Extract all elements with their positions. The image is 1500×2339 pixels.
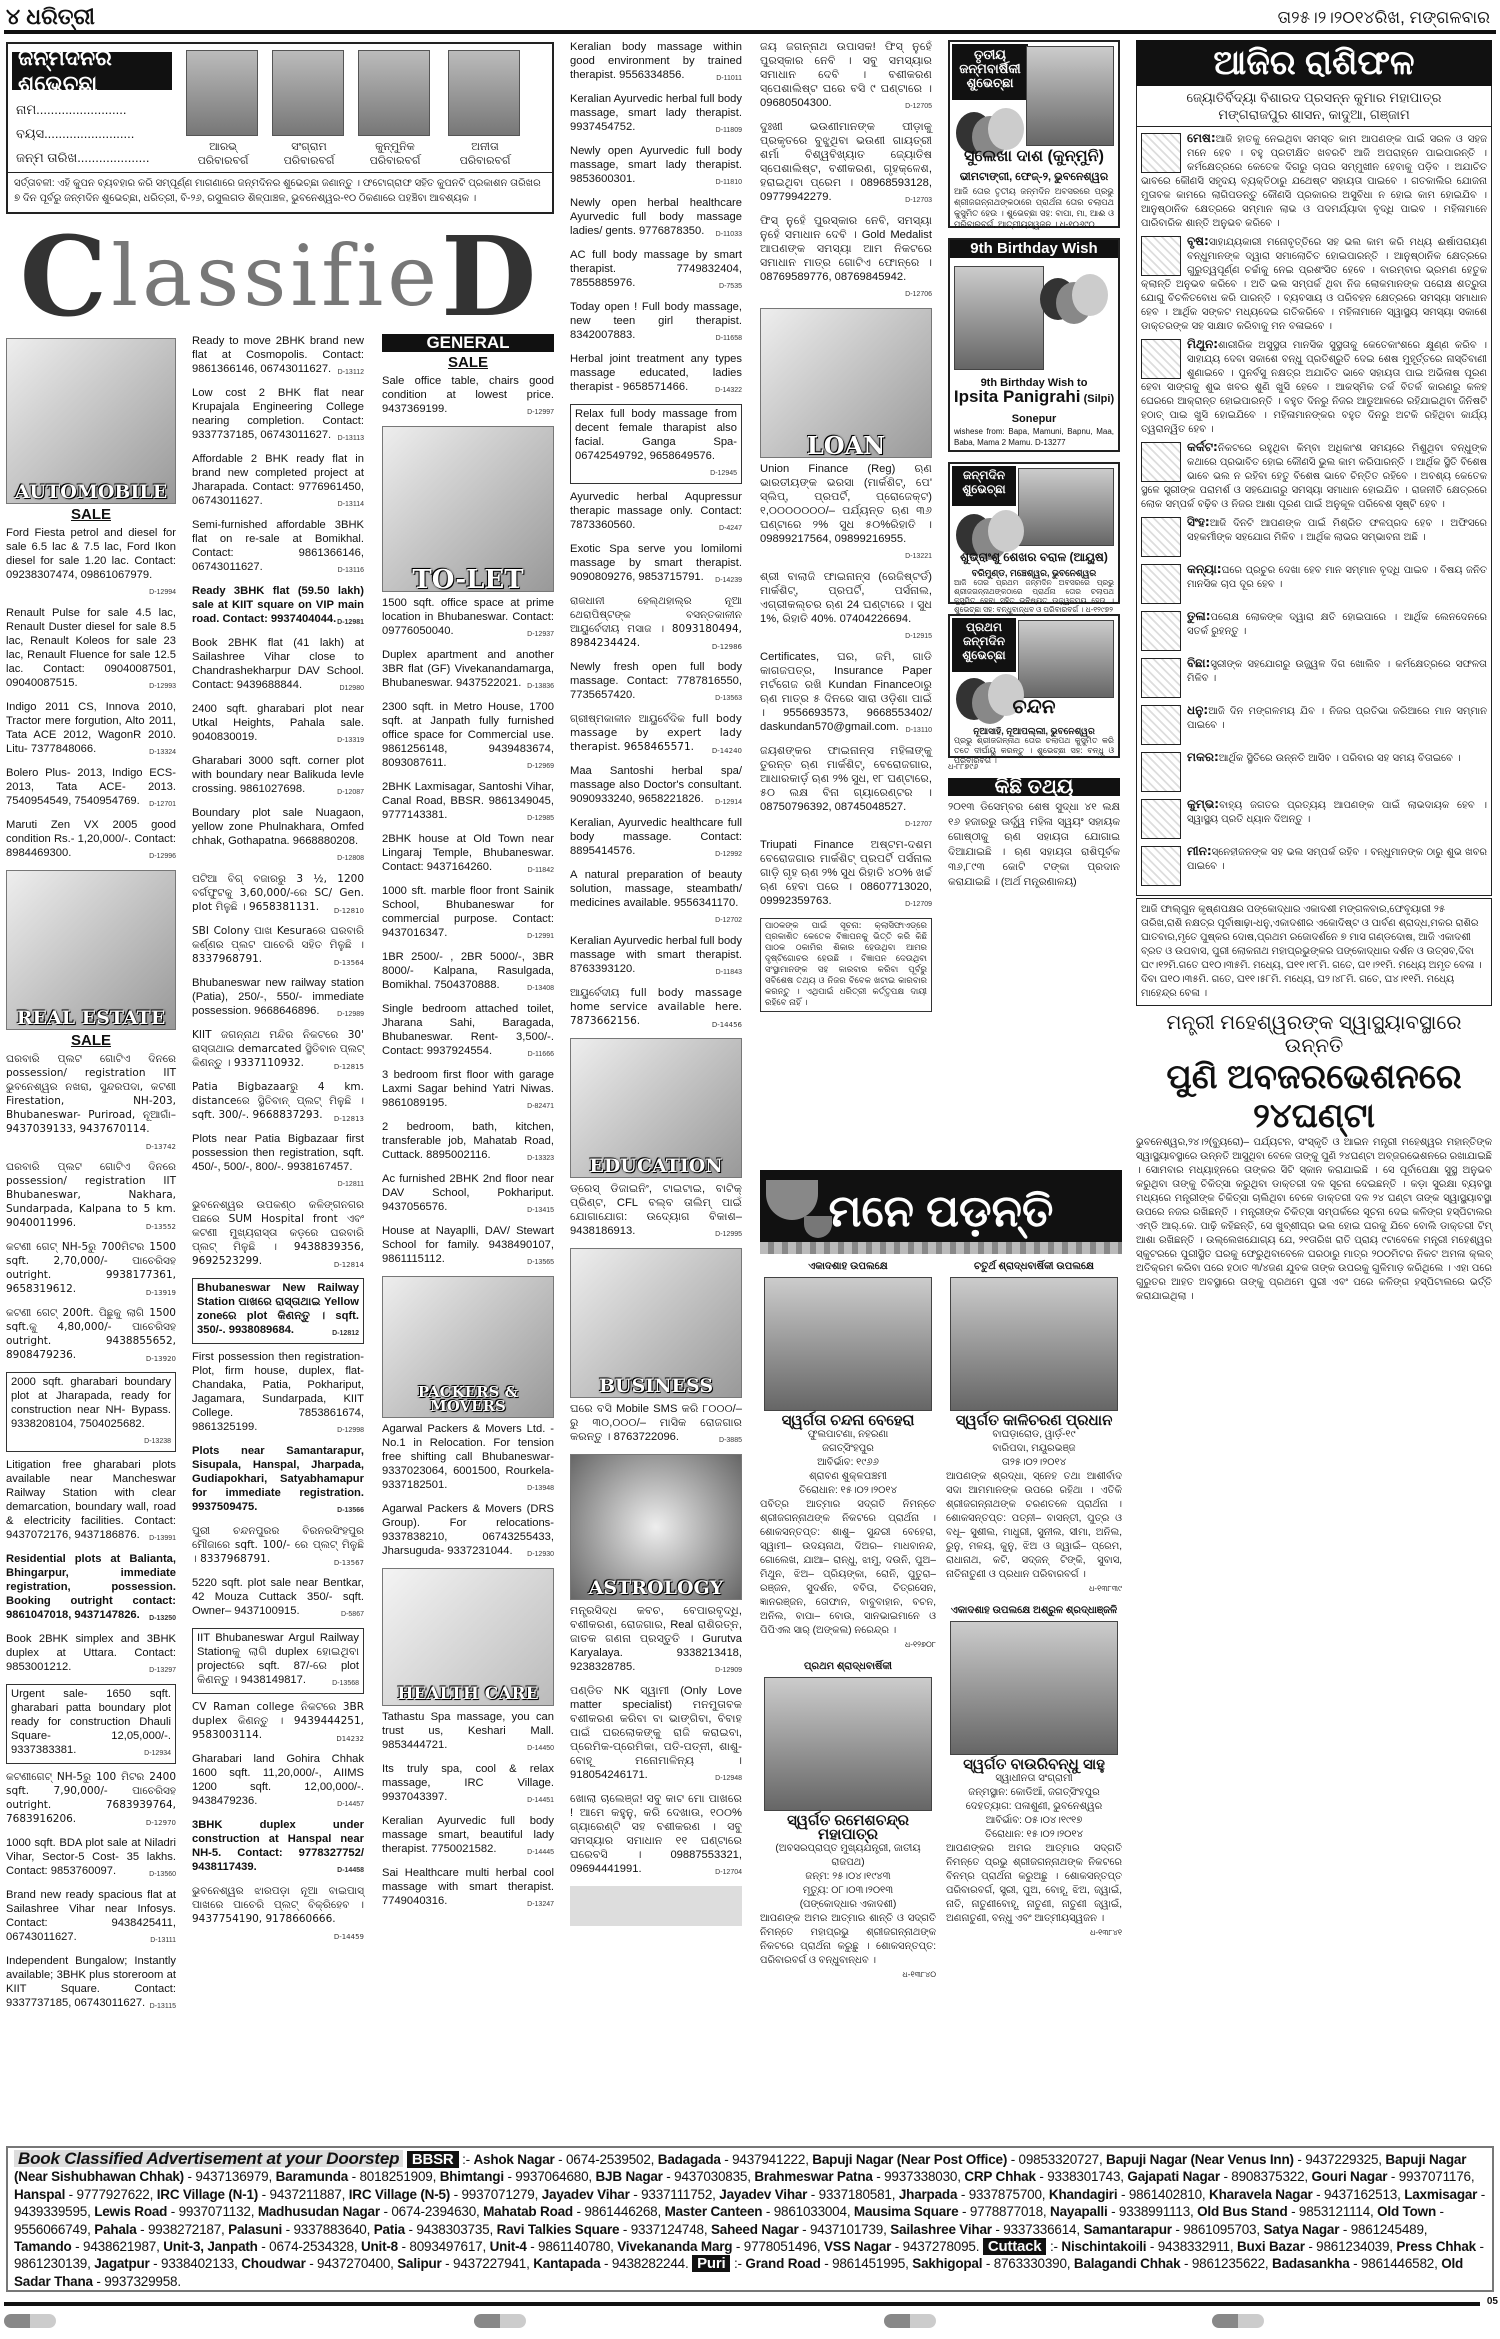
business-category-image: BUSINESS	[570, 1248, 742, 1398]
page-number: 05	[1487, 2296, 1498, 2307]
education-category-image: EDUCATION	[570, 1038, 742, 1178]
city-tag: BBSR	[407, 2151, 459, 2168]
booking-centre: Choudwar - 9437270400,	[241, 2256, 397, 2271]
classified-ad: 1000 sft. marble floor front Sainik Scho…	[382, 884, 554, 944]
classified-ad: Maruti Zen VX 2005 good condition Rs.- 1…	[6, 818, 176, 864]
classified-ad: 2300 sqft. in Metro House, 1700 sqft. at…	[382, 700, 554, 774]
ad-code: D-12989	[337, 1008, 364, 1022]
obituary-code: ଧ-୧୩୮୪୦	[760, 1968, 936, 1982]
booking-centre: Brahmeswar Patna - 9937338030,	[754, 2169, 964, 2184]
horoscope-author: ଜ୍ୟୋତିର୍ବିଦ୍ୟା ବିଶାରଦ ପ୍ରସନ୍ନ କୁମାର ମହାପ…	[1136, 86, 1492, 127]
realestate-category-image: REAL ESTATE	[6, 870, 176, 1030]
ad-code: D-12707	[905, 818, 932, 832]
classified-ad: Gharabari 3000 sqft. corner plot with bo…	[192, 754, 364, 800]
child-photo	[1018, 468, 1114, 546]
booking-centre: Bhimtangi - 9937064680,	[440, 2169, 596, 2184]
obituary-detail: (ପଙ୍କୋଦ୍ଧାର ଏକାଦଶୀ)	[760, 1898, 936, 1912]
column-astro-loan: ଜୟ ଜଗନ୍ନାଥ ଉପାସକ! ଫିସ୍ ନୁହେଁ ପୁରସ୍କାର ନେ…	[760, 40, 932, 1018]
bottom-rule	[4, 2302, 1480, 2306]
obituary-banner: ମନେ ପଡ଼ନ୍ତି	[760, 1170, 1122, 1254]
classified-ad: 2400 sqft. gharabari plot near Utkal Hei…	[192, 702, 364, 748]
ad-code: D-14459	[334, 1930, 364, 1944]
ad-code: D-12995	[715, 1228, 742, 1242]
obituary-detail: ମୃତ୍ୟୁ: ୦୮।୦୩।୨୦୧୩	[760, 1884, 936, 1898]
booking-centre: Mausima Square - 9778877018,	[854, 2204, 1050, 2219]
booking-centre: Nischintakoili - 9438332911,	[1061, 2239, 1237, 2254]
classified-ad: Renault Pulse for sale 4.5 lac, Renault …	[6, 606, 176, 694]
ad-code: D-11666	[528, 1048, 554, 1062]
classified-ad: Affordable 2 BHK ready flat in brand new…	[192, 452, 364, 512]
ad-code: D-11033	[716, 228, 742, 242]
classified-ad: Litigation free gharabari plots availabl…	[6, 1458, 176, 1546]
baby-photo	[186, 50, 258, 136]
ad-code: D-13110	[906, 724, 932, 738]
classified-ad: Triupati Finance ଅଷ୍ଟମ-ଦଶମ ବେରୋଜଗାର ମାର୍…	[760, 838, 932, 912]
ad-code: D-13324	[149, 746, 176, 760]
classified-ad: ଘରବାରି ପ୍ଲଟ ଗୋଟିଏ ଦିନରେ possession/ regi…	[6, 1160, 176, 1234]
horoscope-sign: କନ୍ୟା:ଘରେ ପ୍ରଚୁର ଦେଖା ହେବ ମାନ ସମ୍ମାନ ବୃଦ…	[1141, 562, 1487, 606]
ad-code: D-13415	[527, 1204, 554, 1218]
sale-heading: SALE	[6, 1034, 176, 1048]
obituary-entry: ଚତୁର୍ଥ ଶ୍ରାଦ୍ଧବାର୍ଷିକୀ ଉପଲକ୍ଷେସ୍ୱର୍ଗତ କା…	[946, 1260, 1122, 1596]
booking-centre: Madhusudan Nagar - 0674-2394630,	[258, 2204, 483, 2219]
booking-centre: Unit-3, Janpath - 0674-2534328,	[163, 2239, 361, 2254]
classified-ad: Keralian Ayurvedic herbal full body mass…	[570, 92, 742, 138]
classified-ad: Keralian Ayurvedic full body massage sma…	[382, 1814, 554, 1860]
portrait-photo	[950, 1277, 1118, 1411]
obituary-entry: ଏକାଦଶାହ ଉପଲକ୍ଷେସ୍ୱର୍ଗତା ଚନ୍ଦନା ବେହେରାଫୁଲ…	[760, 1260, 936, 1652]
registration-mark	[474, 2314, 526, 2328]
top-rule	[4, 30, 1496, 34]
registration-mark	[4, 2314, 56, 2328]
photo-caption: ଆରଭ୍ପରିବାରବର୍ଗ	[180, 140, 266, 168]
classified-ad: Patia Bigbazaarରୁ 4 km. distanceରେ ସ୍ଥିତ…	[192, 1080, 364, 1126]
booking-centre: Master Canteen - 9861033004,	[665, 2204, 854, 2219]
booking-centre: Old Bus Stand - 9853121114,	[1197, 2204, 1377, 2219]
ad-code: D-12948	[715, 1772, 742, 1786]
classified-ad: Ayurvedic herbal Aqupressur therapic mas…	[570, 490, 742, 536]
classified-ad: ମନ୍ତ୍ରସିଦ୍ଧ କବଚ, ବେପାରବୃଦ୍ଧି, ବଶୀକରଣ, ରୋ…	[570, 1604, 742, 1678]
wish-title: 9th Birthday Wish	[950, 240, 1118, 258]
booking-centre: Grand Road - 9861451995,	[745, 2256, 912, 2271]
ad-code: D-13408	[527, 982, 554, 996]
classified-ad: Brand new ready spacious flat at Sailash…	[6, 1888, 176, 1948]
photo-caption: ଅନୀତାପରିବାରବର୍ଗ	[442, 140, 528, 168]
wish-place: Sonepur	[950, 412, 1118, 426]
wish-title: ଜନ୍ମଦିନ ଶୁଭେଚ୍ଛା	[952, 466, 1016, 506]
obituary-occasion: ଏକାଦଶାହ ଉପଲକ୍ଷେ ଅଶ୍ରୁଳ ଶ୍ରଦ୍ଧାଞ୍ଜଳି	[946, 1604, 1122, 1618]
photo-caption: କୁନ୍ମୁନିକପରିବାରବର୍ଗ	[352, 140, 438, 168]
horoscope-section: ଆଜିର ରାଶିଫଳ ଜ୍ୟୋତିର୍ବିଦ୍ୟା ବିଶାରଦ ପ୍ରସନ୍…	[1136, 40, 1492, 1304]
classified-ad: ରାଜଧାନୀ ହେଲ୍ଥହାଲ୍ର ନୂଆ ଥେରାପିଷ୍ଟଙ୍କ ବସନ୍…	[570, 594, 742, 654]
booking-centre: Patia - 9438303735,	[374, 2222, 497, 2237]
ad-code: D-13948	[527, 1482, 554, 1496]
ad-code: D-13568	[332, 1677, 359, 1691]
general-heading: GENERAL	[382, 334, 554, 352]
classified-ad: Relax full body massage from decent fema…	[570, 404, 742, 484]
portrait-photo	[950, 1621, 1118, 1755]
ad-code: D-13323	[527, 1152, 554, 1166]
horoscope-sign: ତୁଳା:ପରୋକ୍ଷ ଲୋକଙ୍କ ଦ୍ୱାରା କ୍ଷତି ହୋଇପାରେ …	[1141, 609, 1487, 653]
classified-ad: Herbal joint treatment any types massage…	[570, 352, 742, 398]
booking-centre: CRP Chhak - 9338301743,	[964, 2169, 1127, 2184]
ad-code: D-82471	[527, 1100, 554, 1114]
blank-ad-space	[570, 1886, 742, 1926]
obituary-code: ଧ-୧୩୮୩୯	[946, 1582, 1122, 1596]
obituary-right-column: ଚତୁର୍ଥ ଶ୍ରାଦ୍ଧବାର୍ଷିକୀ ଉପଲକ୍ଷେସ୍ୱର୍ଗତ କା…	[946, 1260, 1122, 1990]
classified-ad: ଘରବାରି ପ୍ଲଟ ଗୋଟିଏ ଦିନରେ possession/ regi…	[6, 1052, 176, 1154]
ad-code: D-13565	[527, 1256, 554, 1270]
news-headline: ପୁଣି ଅବଜରଭେଶନରେ ୨୪ଘଣ୍ଟା	[1136, 1058, 1492, 1136]
booking-centre: Balagandi Chhak - 9861235622,	[1074, 2256, 1272, 2271]
obituary-detail: ବାଘଡ଼ାରୋଡ, ୱାର୍ଡ଼-୧୯	[946, 1428, 1122, 1442]
classified-ad: Certificates, ଘର, ଜମି, ଗାଡି କାଗଜପତ୍ର, In…	[760, 650, 932, 738]
ad-code: D-12808	[337, 852, 364, 866]
ad-code: D-12934	[144, 1747, 171, 1761]
classified-ad: Semi-furnished affordable 3BHK flat on r…	[192, 518, 364, 578]
ad-code: D-14239	[715, 574, 742, 588]
obituary-detail: ଶ୍ରାବଣ ଶୁକ୍ଳପଞ୍ଚମୀ	[760, 1470, 936, 1484]
classified-ad: କଟଣୀଗେଟ୍ NH-5ରୁ 100 ମିଟର 2400 sqft. 7,90…	[6, 1770, 176, 1830]
obituary-section: ମନେ ପଡ଼ନ୍ତି ଏକାଦଶାହ ଉପଲକ୍ଷେସ୍ୱର୍ଗତା ଚନ୍ଦ…	[760, 1170, 1122, 1990]
wish-message: ଆଜି ତୋର ତୃତୀୟ ଜନ୍ମଦିନ ଅବସରରେ ପ୍ରଭୁ ଶ୍ରୀଜ…	[954, 186, 1114, 230]
news-kicker: ମନ୍ତ୍ରୀ ମହେଶ୍ୱରଙ୍କ ସ୍ୱାସ୍ଥ୍ୟାବସ୍ଥାରେ ଉନ୍…	[1136, 1012, 1492, 1058]
obituary-detail: ଜନ୍ମସ୍ଥାନ: କୋଡିଆଁ, ଜଗତ୍‌ସିଂହପୁର	[946, 1786, 1122, 1800]
ad-code: D-13221	[905, 550, 932, 564]
booking-centre: Jayadev Vihar - 9337180581,	[719, 2187, 899, 2202]
ad-code: D-12981	[337, 616, 364, 630]
ad-code: D-12930	[527, 1548, 554, 1562]
baby-photo	[358, 50, 430, 136]
ad-code: D-13567	[334, 1556, 364, 1570]
booking-centre: Saheed Nagar - 9437101739,	[711, 2222, 890, 2237]
classified-ad: IIT Bhubaneswar Argul Railway Stationକୁ …	[192, 1628, 364, 1694]
city-tag: Puri	[692, 2255, 730, 2272]
deceased-name: ସ୍ୱର୍ଗତ ରମେଶଚନ୍ଦ୍ର ମହାପାତ୍ର	[760, 1814, 936, 1842]
classified-ad: Bhubaneswar new railway station (Patia),…	[192, 976, 364, 1022]
obituary-detail: ତା୨୫।୦୨।୨୦୧୪	[946, 1456, 1122, 1470]
booking-centre: Badasankha - 9861446582,	[1272, 2256, 1441, 2271]
ad-code: D-12937	[527, 628, 554, 642]
classified-ad: 2BHK house at Old Town near Lingaraj Tem…	[382, 832, 554, 878]
classified-ad: Residential plots at Balianta, Bhingarpu…	[6, 1552, 176, 1626]
coupon-dob-field[interactable]: ଜନ୍ମ ତାରିଖ....................	[16, 150, 149, 166]
horoscope-sign: ଧନୁ:ଆଜି ଦିନ ମଙ୍ଗଳମୟ ଯିବ । ନିଜର ପ୍ରତିଭା ଜ…	[1141, 703, 1487, 747]
date-line: ତା୨୫।୨।୨୦୧୪ରିଖ, ମଙ୍ଗଳବାର	[1278, 8, 1490, 28]
classified-ad: 2000 sqft. gharabari boundary plot at Jh…	[6, 1372, 176, 1452]
booking-centre: Satya Nagar - 9861245489,	[1263, 2222, 1427, 2237]
classified-ad: 1500 sqft. office space at prime locatio…	[382, 596, 554, 642]
classified-ad: Plots near Samantarapur, Sisupala, Hansp…	[192, 1444, 364, 1518]
horoscope-sign: ବୃଷ:ସାହାଯ୍ୟକାରୀ ମନୋବୃତ୍ତିରେ ସହ ଭଲ କାମ କର…	[1141, 234, 1487, 334]
ad-code: D12980	[339, 682, 364, 696]
classified-ad: ଗ୍ରୀଷ୍ମକାଳୀନ ଆୟୁର୍ବେଦିକ full body massag…	[570, 712, 742, 758]
classified-ad: Book 2BHK simplex and 3BHK duplex at Utt…	[6, 1632, 176, 1678]
booking-centre: Kharavela Nagar - 9437162513,	[1209, 2187, 1404, 2202]
classified-ad: Sale office table, chairs good condition…	[382, 374, 554, 420]
horoscope-sign: ସିଂହ:ଆଜି ଦିନଟି ଆପଣଙ୍କ ପାଇଁ ମିଶ୍ରିତ ଫଳପ୍ର…	[1141, 515, 1487, 559]
booking-centre: Sakhigopal - 8763330390,	[912, 2256, 1074, 2271]
zodiac-icon	[1141, 236, 1181, 276]
classified-ad: Indigo 2011 CS, Innova 2010, Tractor mer…	[6, 700, 176, 760]
booking-centre: Ashok Nagar - 0674-2539502,	[473, 2152, 657, 2167]
classified-ad: 3BHK duplex under construction at Hanspa…	[192, 1818, 364, 1878]
sale-heading: SALE	[382, 356, 554, 370]
zodiac-icon	[1141, 339, 1181, 379]
ad-code: D-14450	[527, 1742, 554, 1756]
sale-heading: SALE	[6, 508, 176, 522]
facts-heading: କିଛି ତଥ୍ୟ	[948, 778, 1120, 796]
lamp-icon	[766, 1180, 818, 1220]
registration-mark	[884, 2314, 936, 2328]
classified-ad: କଟଣୀ ଗେଟ୍ 200ft. ପିଛୁକୁ ଲାଗି 1500 sqft.କ…	[6, 1306, 176, 1366]
wish-name: ଶୁଭ୍ରାଂଶୁ ଶେଖର ବରାଳ (ଆୟୁଷ)	[950, 550, 1118, 564]
classified-ad: ଜୟଶଙ୍କର ଫାଇନାନ୍ସ ମହିଳାଙ୍କୁ ତୁରନ୍ତ ଋଣ ମାର…	[760, 744, 932, 832]
ad-code: D-13836	[527, 680, 554, 694]
portrait-photo	[764, 1277, 932, 1411]
wish-from: wishese from: Bapa, Mamuni, Bapnu, Maa, …	[954, 426, 1114, 448]
ad-code: D-12909	[715, 1664, 742, 1678]
zodiac-icon	[1141, 846, 1181, 886]
ad-code: D-12704	[715, 1866, 742, 1880]
ad-code: D-12991	[527, 930, 554, 944]
ad-code: D-13566	[337, 1504, 364, 1518]
booking-centre: Lewis Road - 9937071132,	[94, 2204, 258, 2219]
ad-code: D-12705	[905, 100, 932, 114]
wish-message: ପ୍ରଭୁ ଶ୍ରୀଜଗନ୍ନାଥ ତୋର ଚଲାପଥ କୁସୁମିତ କରି …	[954, 736, 1114, 766]
ad-code: D-13113	[338, 432, 364, 446]
birthday-wish-card: 9th Birthday Wish 9th Birthday Wish to I…	[948, 238, 1120, 452]
ad-code: D-12702	[715, 914, 742, 928]
ad-code: D-12087	[337, 786, 364, 800]
column-automobile-realestate: AUTOMOBILE SALE Ford Fiesta petrol and d…	[6, 338, 176, 2020]
ad-code: D-12993	[149, 680, 176, 694]
birthday-wish-card: ଜନ୍ମଦିନ ଶୁଭେଚ୍ଛା ଶୁଭ୍ରାଂଶୁ ଶେଖର ବରାଳ (ଆୟ…	[948, 462, 1120, 604]
zodiac-icon	[1141, 752, 1181, 792]
obituary-message: ଆପଣଙ୍କ ଶ୍ରଦ୍ଧା, ସ୍ନେହ ତଥା ଆଶୀର୍ବାଦ ସଦା ଆ…	[946, 1470, 1122, 1582]
classified-ad: Newly open herbal healthcare Ayurvedic f…	[570, 196, 742, 242]
wish-place: ଭୀମଟାଙ୍ଗୀ, ଫେଜ୍-୨, ଭୁବନେଶ୍ୱର	[950, 170, 1118, 184]
ad-code: D-13115	[150, 2000, 176, 2014]
ad-code: D-12992	[715, 848, 742, 862]
booking-centre: Kantapada - 9438282244.	[533, 2256, 692, 2271]
obituary-detail: ଦେହତ୍ୟାଗ: ପଳାଶୁଣୀ, ଭୁବନେଶ୍ୱର	[946, 1800, 1122, 1814]
zodiac-icon	[1141, 442, 1181, 482]
obituary-detail: ତିରୋଧାନ: ୧୫।୦୨।୨୦୧୪	[946, 1828, 1122, 1842]
booking-centre: Palasuni - 9337883640,	[228, 2222, 374, 2237]
classified-ad: କଟଣୀ ଗେଟ୍ NH-5ରୁ 700ମିଟର 1500 sqft. 2,70…	[6, 1240, 176, 1300]
birthday-coupon: ଜନ୍ମଦିନର ଶୁଭେଚ୍ଛା ନାମ...................…	[6, 42, 554, 214]
obituary-message: ଆପଣଙ୍କର ଅମର ଆତ୍ମାର ସଦ୍‌ଗତି ନିମନ୍ତେ ପ୍ରଭୁ…	[946, 1842, 1122, 1926]
ad-code: D-13111	[150, 1934, 176, 1948]
booking-centre: IRC Village (N-1) - 9437211887,	[157, 2187, 349, 2202]
ad-code: D-12701	[149, 798, 176, 812]
classified-ad: Duplex apartment and another 3BR flat (G…	[382, 648, 554, 694]
obituary-entry: ପ୍ରଥମ ଶ୍ରାଦ୍ଧବାର୍ଷିକୀସ୍ୱର୍ଗତ ରମେଶଚନ୍ଦ୍ର …	[760, 1660, 936, 1982]
obituary-detail: ଆବିର୍ଭାବ: ୦୫।୦୪।୧୯୧୭	[946, 1814, 1122, 1828]
booking-centre: Jagatpur - 9338402133,	[94, 2256, 241, 2271]
ad-code: D-12985	[527, 812, 554, 826]
classified-ad: Maa Santoshi herbal spa/ massage also Do…	[570, 764, 742, 810]
classified-ad: Independent Bungalow; Instantly availabl…	[6, 1954, 176, 2014]
obituary-detail: ସ୍ୱାଧୀନତା ସଂଗ୍ରାମୀ	[946, 1772, 1122, 1786]
ad-code: D-12703	[905, 194, 932, 208]
ad-code: D-13116	[338, 564, 364, 578]
astrology-category-image: ASTROLOGY	[570, 1454, 742, 1600]
footer-title: Book Classified Advertisement at your Do…	[14, 2150, 403, 2167]
woman-photo	[448, 50, 520, 136]
classified-ad: ଘରେ ବସି Mobile SMS କରି ୮୦୦୦/– ରୁ ୩୦,୦୦୦/…	[570, 1402, 742, 1448]
classified-ad: Keralian body massage within good enviro…	[570, 40, 742, 86]
ad-code: D-12914	[715, 796, 742, 810]
wish-title: ତୃତୀୟ ଜନ୍ମବାର୍ଷିକୀ ଶୁଭେଚ୍ଛା	[952, 44, 1028, 100]
classified-ad: ଜୟ ଜଗନ୍ନାଥ ଉପାସକ! ଫିସ୍ ନୁହେଁ ପୁରସ୍କାର ନେ…	[760, 40, 932, 114]
ad-code: D-12706	[905, 288, 932, 302]
zodiac-icon	[1141, 658, 1181, 698]
booking-centre: Gajapati Nagar - 8908375322,	[1127, 2169, 1311, 2184]
obituary-occasion: ଏକାଦଶାହ ଉପଲକ୍ଷେ	[760, 1260, 936, 1274]
ad-code: D-14322	[715, 384, 742, 398]
zodiac-icon	[1141, 564, 1181, 604]
wish-message: ଆଜି ତୋର ପ୍ରଥମ ଜନ୍ମଦିନ ଅବସରରେ ପ୍ରଭୁ ଶ୍ରୀଜ…	[954, 578, 1114, 614]
child-photo	[1026, 46, 1114, 146]
ad-code: D-12814	[334, 1258, 364, 1272]
ad-code: D-12915	[905, 630, 932, 644]
loan-category-image: LOAN	[760, 308, 932, 458]
ad-code: D-14456	[712, 1018, 742, 1032]
classified-banner: ClassifieD	[6, 220, 554, 332]
booking-centre: Nayapalli - 9338991113,	[1050, 2204, 1197, 2219]
ad-code: D-13564	[334, 956, 364, 970]
ad-code: D-11842	[528, 864, 554, 878]
ad-code: D-7535	[719, 280, 742, 294]
booking-centre: Pahala - 9938272187,	[94, 2222, 228, 2237]
wish-name: ଚନ୍ଦନ	[950, 700, 1118, 714]
ad-code: D-11658	[716, 332, 742, 346]
classified-ad: CV Raman college ନିକଟରେ 3BR duplex କିଣନ୍…	[192, 1700, 364, 1746]
obituary-detail: (ଅବସରପ୍ରାପ୍ତ ମୁଖ୍ୟଯନ୍ତ୍ରୀ, ଜାତୀୟ ରାଜପଥ)	[760, 1842, 936, 1870]
classified-ad: KIIT ଜଗନ୍ନାଥ ମନ୍ଦିର ନିକଟରେ 30' ରାସ୍ତାଥାଇ…	[192, 1028, 364, 1074]
automobile-category-image: AUTOMOBILE	[6, 338, 176, 504]
column-massage-education: Keralian body massage within good enviro…	[570, 40, 742, 1926]
coupon-age-field[interactable]: ବୟସ.........................	[16, 126, 134, 142]
horoscope-title: ଆଜିର ରାଶିଫଳ	[1136, 40, 1492, 86]
classified-ad: Ac furnished 2BHK 2nd floor near DAV Sch…	[382, 1172, 554, 1218]
child-photo	[1018, 620, 1114, 698]
booking-centre: Jayadev Vihar - 9337111752,	[542, 2187, 720, 2202]
booking-centre: Buxi Bazar - 9861234039,	[1237, 2239, 1396, 2254]
ad-code: D-13920	[146, 1352, 176, 1366]
ad-code: D-13552	[146, 1220, 176, 1234]
classified-ad: ପଣ୍ଡିତ NK ସ୍ୱାମୀ (Only Love matter speci…	[570, 1684, 742, 1786]
classified-ad: ଆୟୁର୍ବେଦୀୟ full body massage home servic…	[570, 986, 742, 1032]
coupon-title: ଜନ୍ମଦିନର ଶୁଭେଚ୍ଛା	[12, 52, 172, 90]
ad-code: D-14457	[337, 1798, 364, 1812]
obituary-message: ପବିତ୍ର ଆତ୍ମାର ସଦ୍‌ଗତି ନିମନ୍ତେ ଶ୍ରୀଜଗନ୍ନା…	[760, 1498, 936, 1638]
booking-centre: Hanspal - 9777927622,	[14, 2187, 157, 2202]
balloons-icon	[1040, 274, 1110, 334]
portrait-photo	[764, 1677, 932, 1811]
zodiac-icon	[1141, 133, 1181, 173]
healthcare-category-image: HEALTH CARE	[382, 1568, 554, 1706]
classified-ad: Boundary plot sale Nuagaon, yellow zone …	[192, 806, 364, 866]
ad-code: D-12810	[334, 904, 364, 918]
ad-code: D-12986	[712, 640, 742, 654]
classified-ad: 2BHK Laxmisagar, Santoshi Vihar, Canal R…	[382, 780, 554, 826]
ad-code: D14232	[336, 1732, 364, 1746]
classified-ad: Union Finance (Reg) ଋଣ ଭାରତୀୟଙ୍କ ଭରସା (ମ…	[760, 462, 932, 564]
classified-ad: ଦୁଃଖୀ ଭଉଣୀମାନଙ୍କ ପୀଡ଼ାକୁ ପ୍ରକୃତରେ ବୁଝୁଥି…	[760, 120, 932, 208]
obituary-detail: ତିରୋଧାନ: ୧୫।୦୨।୨୦୧୪	[760, 1484, 936, 1498]
horoscope-sign: ମିଥୁନ:ଶାରୀରିକ ଅସୁସ୍ଥତା ମାନସିକ ସୁସ୍ଥତାକୁ …	[1141, 337, 1487, 437]
classified-ad: ଶ୍ରୀ ବାଲାଜି ଫାଇନାନ୍ସ (ରେଜିଷ୍ଟର୍ଡ) ମାର୍କଶ…	[760, 570, 932, 644]
child-photo	[954, 266, 1044, 370]
ad-code: D-13250	[149, 1612, 176, 1626]
classified-ad: First possession then registration- Plot…	[192, 1350, 364, 1438]
booking-centre: Salipur - 9437227941,	[397, 2256, 533, 2271]
classified-ad: Tathastu Spa massage, you can trust us, …	[382, 1710, 554, 1756]
classified-ad: Agarwal Packers & Movers Ltd. - No.1 in …	[382, 1422, 554, 1496]
classified-ad: ଡ୍ରେସ୍ ଡିଜାଇନିଂ, ଟାଇଟାଇ, ବାଟିକ୍ ପ୍ରିଣ୍ଟ,…	[570, 1182, 742, 1242]
ad-code: D-11011	[716, 72, 742, 86]
coupon-terms: ସର୍ତ୍ତାବଳୀ: ଏହି କୁପନ ବ୍ୟବହାର କରି ସମ୍ପୂର୍…	[8, 172, 552, 212]
classified-ad: 1000 sqft. BDA plot sale at Niladri Viha…	[6, 1836, 176, 1882]
coupon-name-field[interactable]: ନାମ.........................	[16, 102, 126, 118]
tolet-category-image: TO-LET	[382, 426, 554, 592]
classified-ad: Ford Fiesta petrol and diesel for sale 6…	[6, 526, 176, 600]
ad-code: D-13112	[338, 366, 364, 380]
classified-ad: Low cost 2 BHK flat near Krupajala Engin…	[192, 386, 364, 446]
booking-centre: VSS Nagar - 9437278095.	[824, 2239, 983, 2254]
ad-code: D-12998	[337, 1424, 364, 1438]
ad-code: D-13563	[715, 692, 742, 706]
classified-ad: ପଟିଆ ବିଗ୍ ବଜାରରୁ 3 ½, 1200 ବର୍ଗଫୁଟକୁ 3,6…	[192, 872, 364, 918]
ad-code: D-13114	[338, 498, 364, 512]
booking-centre: Jharpada - 9337875700,	[899, 2187, 1049, 2202]
classified-ad: Plots near Patia Bigbazaar first possess…	[192, 1132, 364, 1192]
ad-code: D-4247	[719, 522, 742, 536]
ad-code: D-12709	[905, 898, 932, 912]
news-body: ଭୁବନେଶ୍ୱର,୨୪।୨(ବ୍ୟୁରୋ)– ପର୍ଯ୍ୟଟନ, ସଂସ୍କୃ…	[1136, 1136, 1492, 1304]
classified-ad: ଭୁବନେଶ୍ୱର ଝାରପଡ଼ା ନୂଆ ବାଇପାସ୍ ପାଖରେ ପାଚେ…	[192, 1884, 364, 1944]
deceased-name: ସ୍ୱର୍ଗତ ବାଉରିବନ୍ଧୁ ସାହୁ	[946, 1758, 1122, 1772]
ad-code: D-13560	[149, 1868, 176, 1882]
ad-code: D-11810	[716, 176, 742, 190]
ad-code: D-12970	[146, 1816, 176, 1830]
classified-ad: 3 bedroom first floor with garage Laxmi …	[382, 1068, 554, 1114]
obituary-occasion: ଚତୁର୍ଥ ଶ୍ରାଦ୍ଧବାର୍ଷିକୀ ଉପଲକ୍ଷେ	[946, 1260, 1122, 1274]
classified-ad: Exotic Spa serve you lomilomi massage by…	[570, 542, 742, 588]
booking-centre: Unit-4 - 9861140780,	[490, 2239, 618, 2254]
column-realestate-cont: Ready to move 2BHK brand new flat at Cos…	[192, 334, 364, 1950]
booking-centre: Gouri Nagar - 9937071176,	[1312, 2169, 1475, 2184]
classified-ad: 2 bedroom, bath, kitchen, transferable j…	[382, 1120, 554, 1166]
obituary-detail: ଜଗତ୍‌ସିଂହପୁର	[760, 1442, 936, 1456]
classified-ad: SBI Colony ପାଖ Kesuraରେ ଘରବାରି କର୍ଣ୍ଣର ପ…	[192, 924, 364, 970]
column-wishes: ତୃତୀୟ ଜନ୍ମବାର୍ଷିକୀ ଶୁଭେଚ୍ଛା ସୁଲେଖା ଦାଶ (…	[948, 40, 1120, 890]
classified-ad: Agarwal Packers & Movers (DRS Group). Fo…	[382, 1502, 554, 1562]
deceased-name: ସ୍ୱର୍ଗତା ଚନ୍ଦନା ବେହେରା	[760, 1414, 936, 1428]
classified-ad: ଫିସ୍ ନୁହେଁ ପୁରସ୍କାର ନେବି, ସମସ୍ୟା ନୁହେଁ ସ…	[760, 214, 932, 302]
booking-centre: Ravi Talkies Square - 9337124748,	[497, 2222, 711, 2237]
ad-code: D-12811	[338, 1178, 364, 1192]
column-general: GENERAL SALE Sale office table, chairs g…	[382, 334, 554, 1918]
ad-code: D-5867	[341, 1608, 364, 1622]
classified-ad: Newly fresh open full body massage. Cont…	[570, 660, 742, 706]
ad-code: D-13238	[144, 1435, 171, 1449]
obituary-entry: ଏକାଦଶାହ ଉପଲକ୍ଷେ ଅଶ୍ରୁଳ ଶ୍ରଦ୍ଧାଞ୍ଜଳିସ୍ୱର୍…	[946, 1604, 1122, 1940]
booking-centre: Khandagiri - 9861402810,	[1049, 2187, 1209, 2202]
